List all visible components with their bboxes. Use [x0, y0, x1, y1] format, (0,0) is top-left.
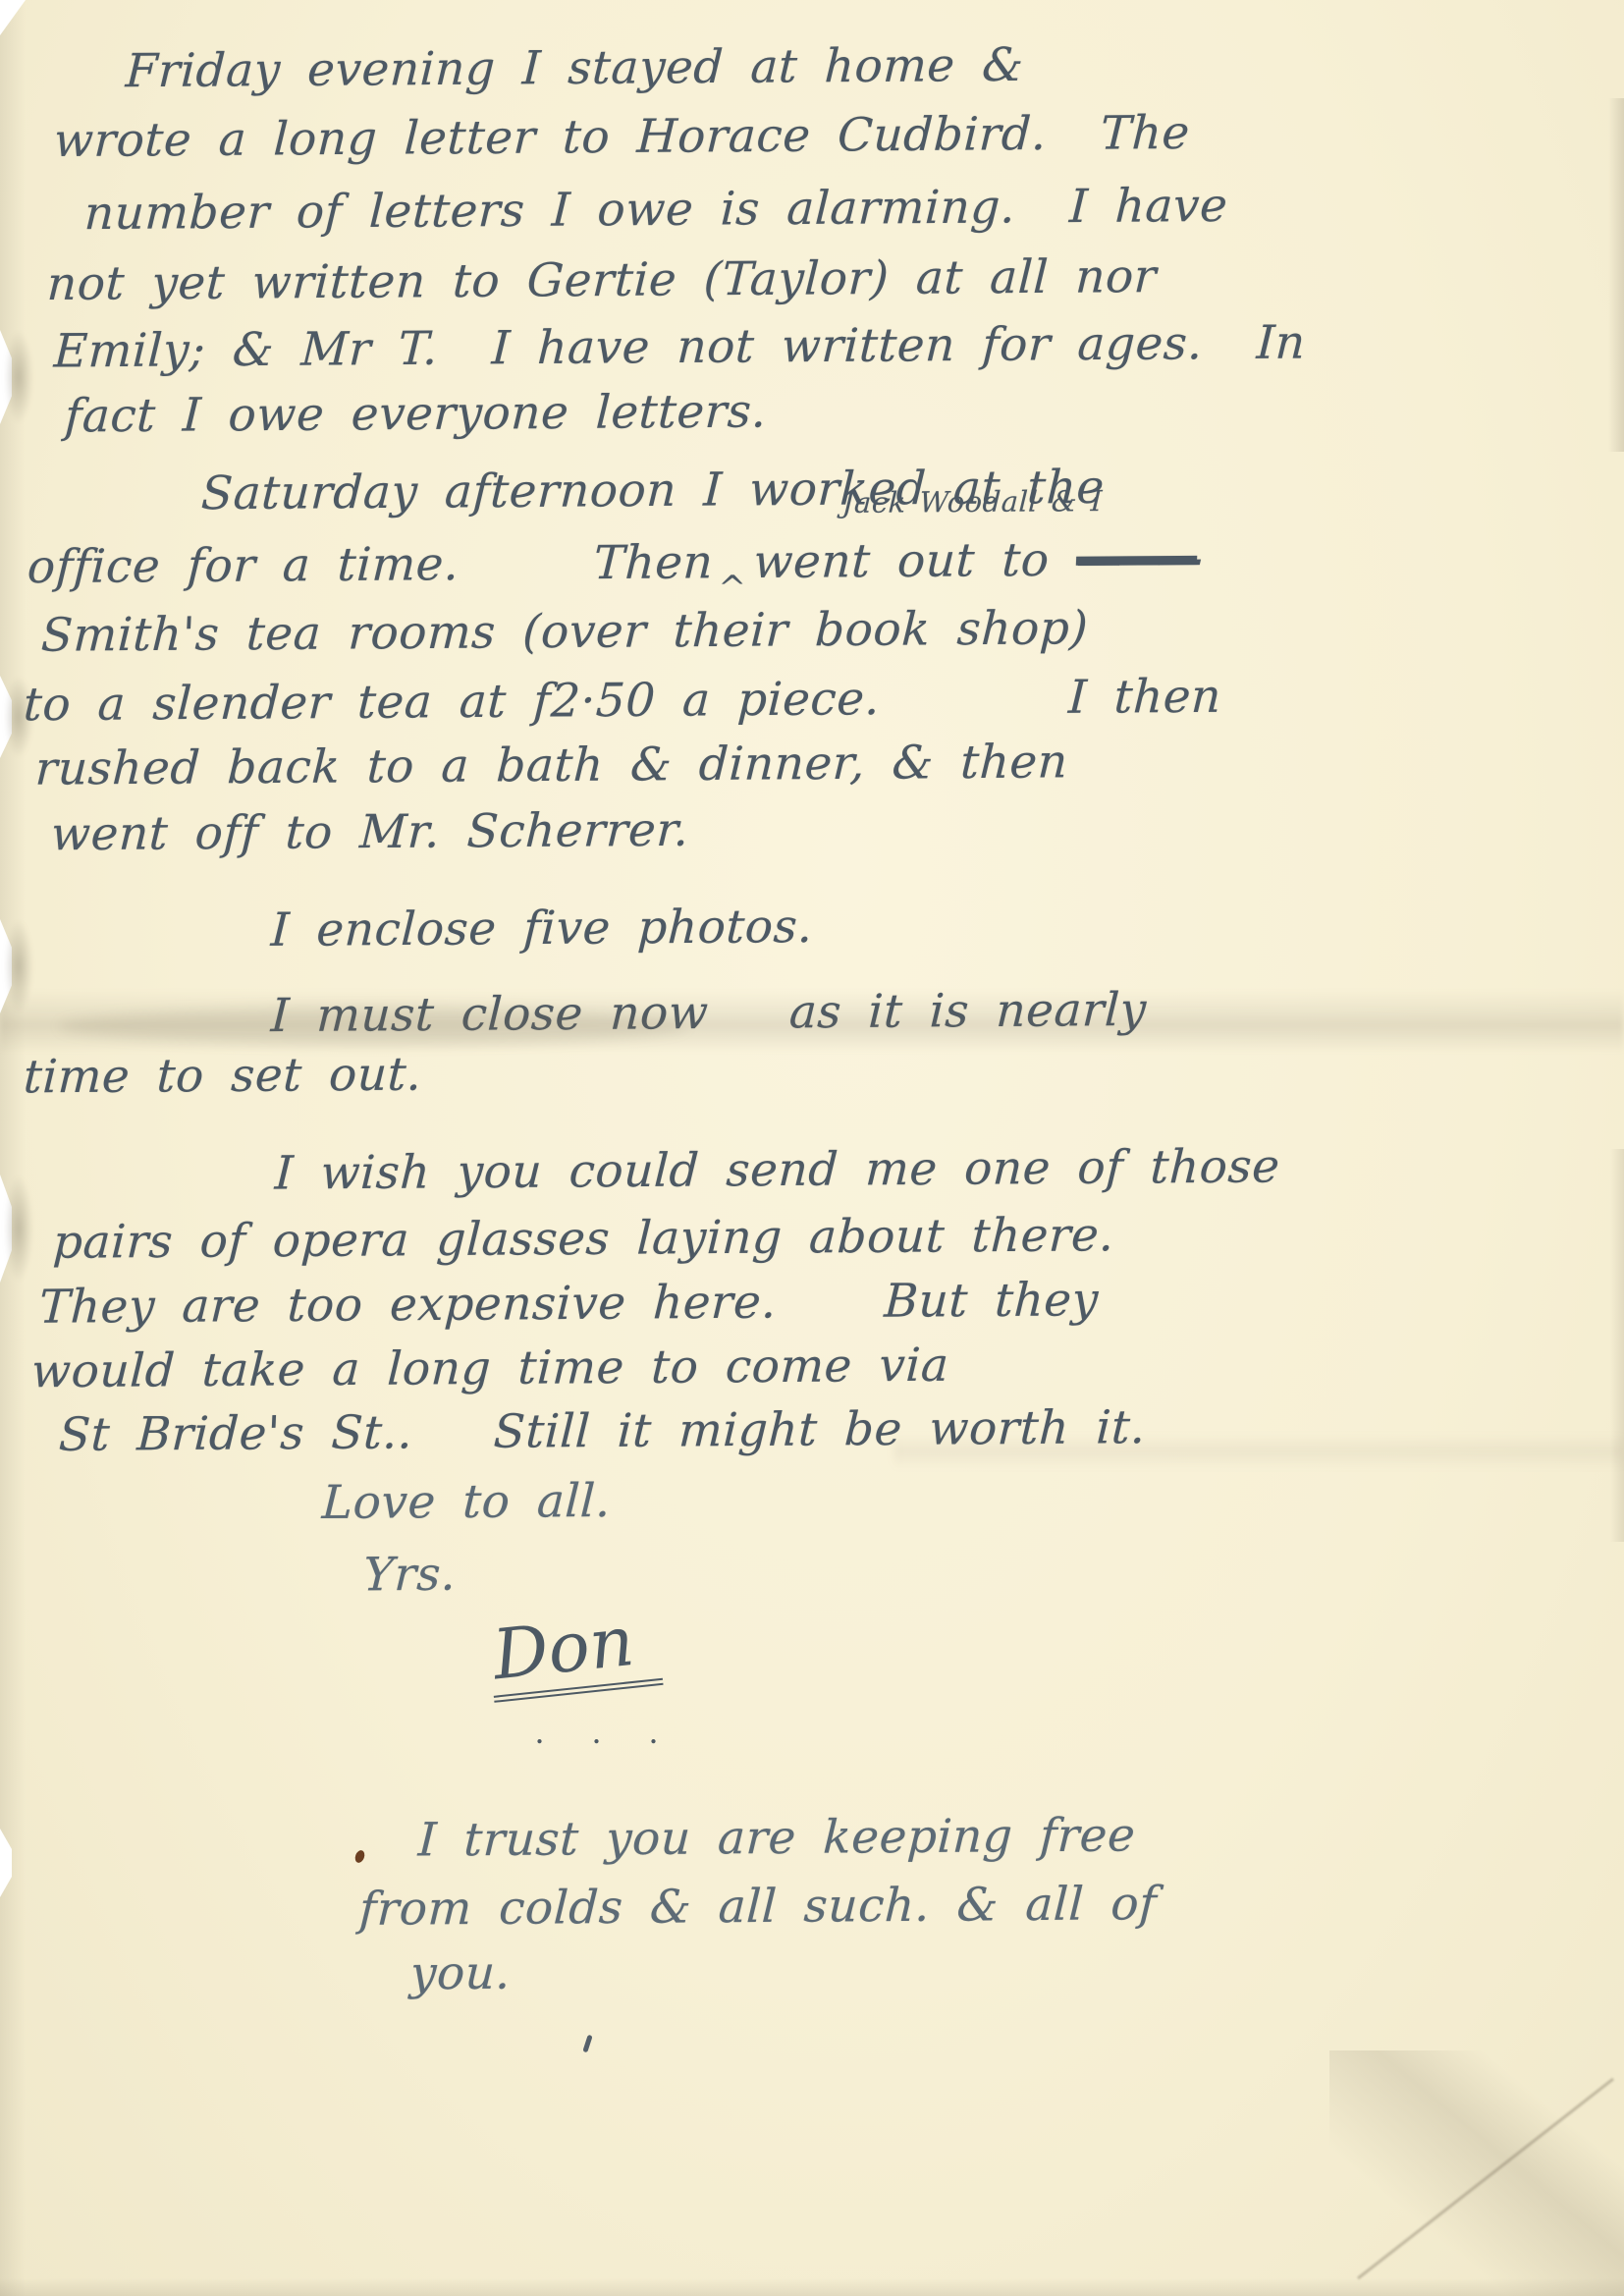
- handwriting-line: I wish you could send me one of those: [274, 1139, 1281, 1200]
- handwriting-line: time to set out.: [23, 1048, 423, 1105]
- interline-insertion-note: Jack Woodall & I: [841, 484, 1103, 519]
- paper-edge-notch: [0, 1175, 12, 1283]
- paper-edge-shadow-bottom: [0, 2278, 1624, 2296]
- closing-line: Yrs.: [362, 1548, 458, 1603]
- signature-dots: . . .: [535, 1711, 677, 1752]
- handwriting-line: fact I owe everyone letters.: [64, 384, 768, 443]
- paper-edge-notch: [0, 330, 12, 424]
- handwriting-line: office for a time. Then^went out to ———: [27, 532, 1199, 594]
- paper-edge-smudge: [4, 1175, 33, 1283]
- signature-block: Don: [485, 1598, 663, 1696]
- paper-edge-shadow-left: [0, 0, 26, 2296]
- handwriting-line: would take a long time to come via: [30, 1339, 950, 1399]
- handwriting-line: Emily; & Mr T. I have not written for ag…: [53, 316, 1307, 379]
- handwriting-line: I must close now as it is nearly: [270, 983, 1148, 1043]
- paper-edge-notch: [0, 1829, 12, 1897]
- postscript-line: from colds & all such. & all of: [358, 1877, 1159, 1937]
- handwriting-line: St Bride's St.. Still it might be worth …: [58, 1400, 1147, 1462]
- letter-paper: Friday evening I stayed at home & wrote …: [0, 0, 1624, 2296]
- handwriting-line: I enclose five photos.: [270, 900, 814, 957]
- paper-edge-notch: [0, 919, 12, 1013]
- insertion-caret: ^: [717, 569, 747, 608]
- closing-line: Love to all.: [321, 1474, 612, 1530]
- postscript-line: I trust you are keeping free: [417, 1808, 1137, 1867]
- handwriting-line: number of letters I owe is alarming. I h…: [83, 179, 1229, 241]
- paper-corner-gap: [0, 0, 26, 35]
- fold-shadow-bottom-right: [1329, 2050, 1624, 2296]
- handwriting-line: not yet written to Gertie (Taylor) at al…: [46, 249, 1158, 311]
- handwriting-line: went off to Mr. Scherrer.: [50, 803, 690, 862]
- handwriting-line: Smith's tea rooms (over their book shop): [40, 601, 1090, 662]
- line-text: went out to: [752, 533, 1051, 589]
- crossed-out-scribble: ———: [1075, 532, 1198, 587]
- handwriting-line: rushed back to a bath & dinner, & then: [34, 735, 1069, 795]
- line-text: office for a time. Then: [27, 535, 715, 594]
- postscript-line: you.: [409, 1946, 513, 2001]
- paper-edge-smudge: [4, 919, 33, 1013]
- paper-edge-notch: [0, 676, 12, 758]
- handwriting-line: wrote a long letter to Horace Cudbird. T…: [53, 106, 1191, 168]
- ink-speck: [353, 1849, 366, 1864]
- stray-ink-mark: [582, 2035, 592, 2053]
- signature: Don: [485, 1598, 664, 1703]
- paper-edge-shadow-right: [1608, 98, 1624, 452]
- handwriting-line: to a slender tea at f2·50 a piece. I the…: [23, 670, 1222, 733]
- handwriting-line: Friday evening I stayed at home &: [125, 38, 1025, 98]
- handwriting-line: They are too expensive here. But they: [38, 1273, 1100, 1335]
- paper-edge-smudge: [4, 330, 33, 424]
- paper-edge-shadow-right: [1610, 1149, 1624, 1542]
- fold-crease-bottom-right: [1357, 2078, 1614, 2280]
- handwriting-line: pairs of opera glasses laying about ther…: [52, 1208, 1115, 1270]
